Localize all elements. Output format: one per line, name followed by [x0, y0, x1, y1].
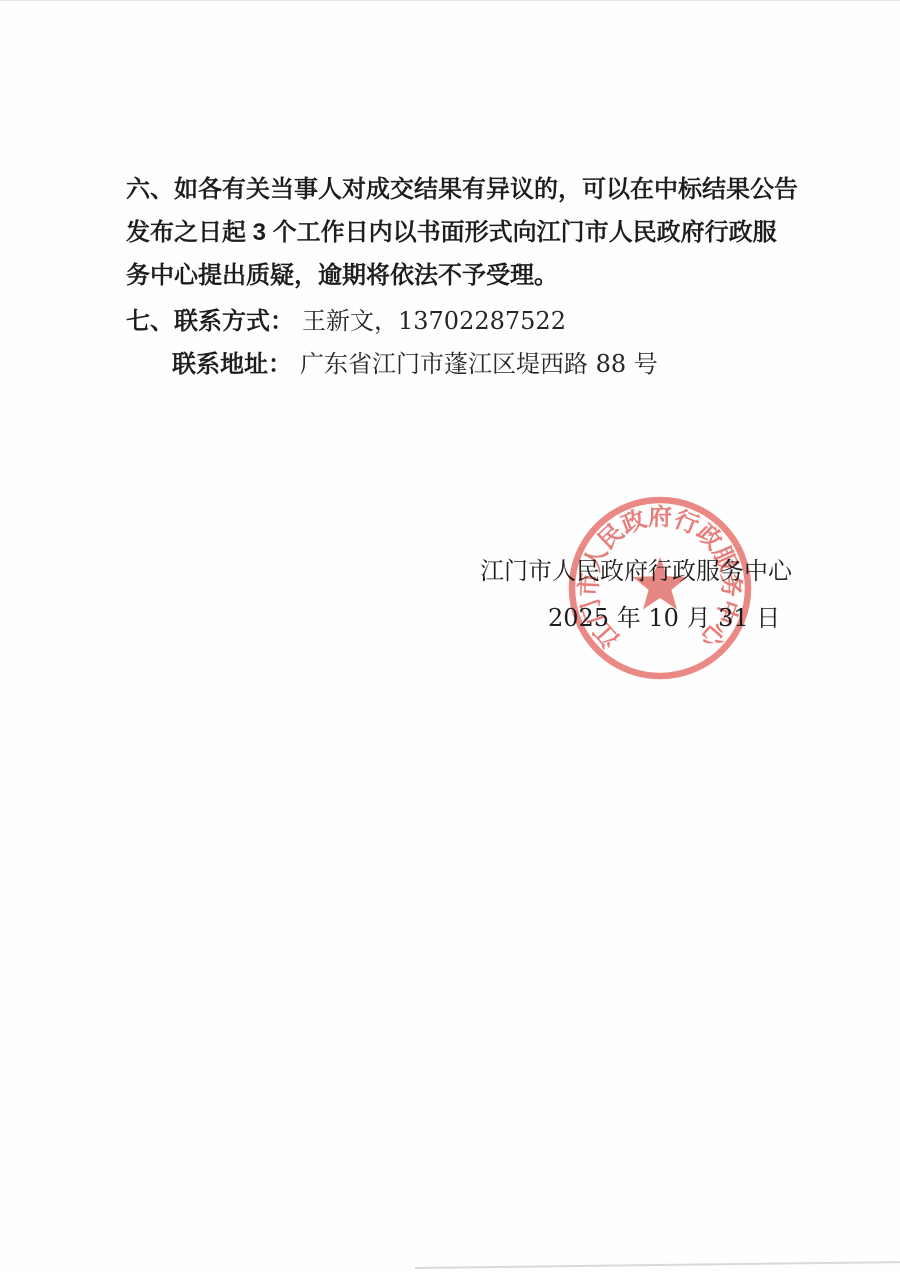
contact-method-value: 王新文，13702287522 [302, 307, 566, 335]
signature-date: 2025 年 10 月 31 日 [548, 598, 780, 633]
paragraph-line: 务中心提出质疑，逾期将依法不予受理。 [126, 254, 826, 297]
scan-edge-bottom-artifact [415, 1261, 900, 1268]
paragraph-line: 发布之日起 3 个工作日内以书面形式向江门市人民政府行政服 [126, 211, 826, 254]
contact-address-row: 联系地址：广东省江门市蓬江区堤西路 88 号 [172, 344, 658, 379]
section-6-paragraph: 六、如各有关当事人对成交结果有异议的，可以在中标结果公告 发布之日起 3 个工作… [126, 168, 826, 297]
contact-method-label: 七、联系方式： [126, 308, 294, 335]
contact-address-value: 广东省江门市蓬江区堤西路 88 号 [300, 350, 658, 378]
contact-phone-row: 七、联系方式：王新文，13702287522 [126, 301, 566, 336]
scan-edge-top-artifact [0, 0, 900, 1]
official-seal: 江门市人民政府行政服务中心 [550, 478, 770, 698]
signature-organization: 江门市人民政府行政服务中心 [480, 551, 792, 586]
contact-address-label: 联系地址： [172, 351, 292, 378]
paragraph-line: 六、如各有关当事人对成交结果有异议的，可以在中标结果公告 [126, 168, 826, 211]
document-page: 六、如各有关当事人对成交结果有异议的，可以在中标结果公告 发布之日起 3 个工作… [0, 0, 900, 1272]
